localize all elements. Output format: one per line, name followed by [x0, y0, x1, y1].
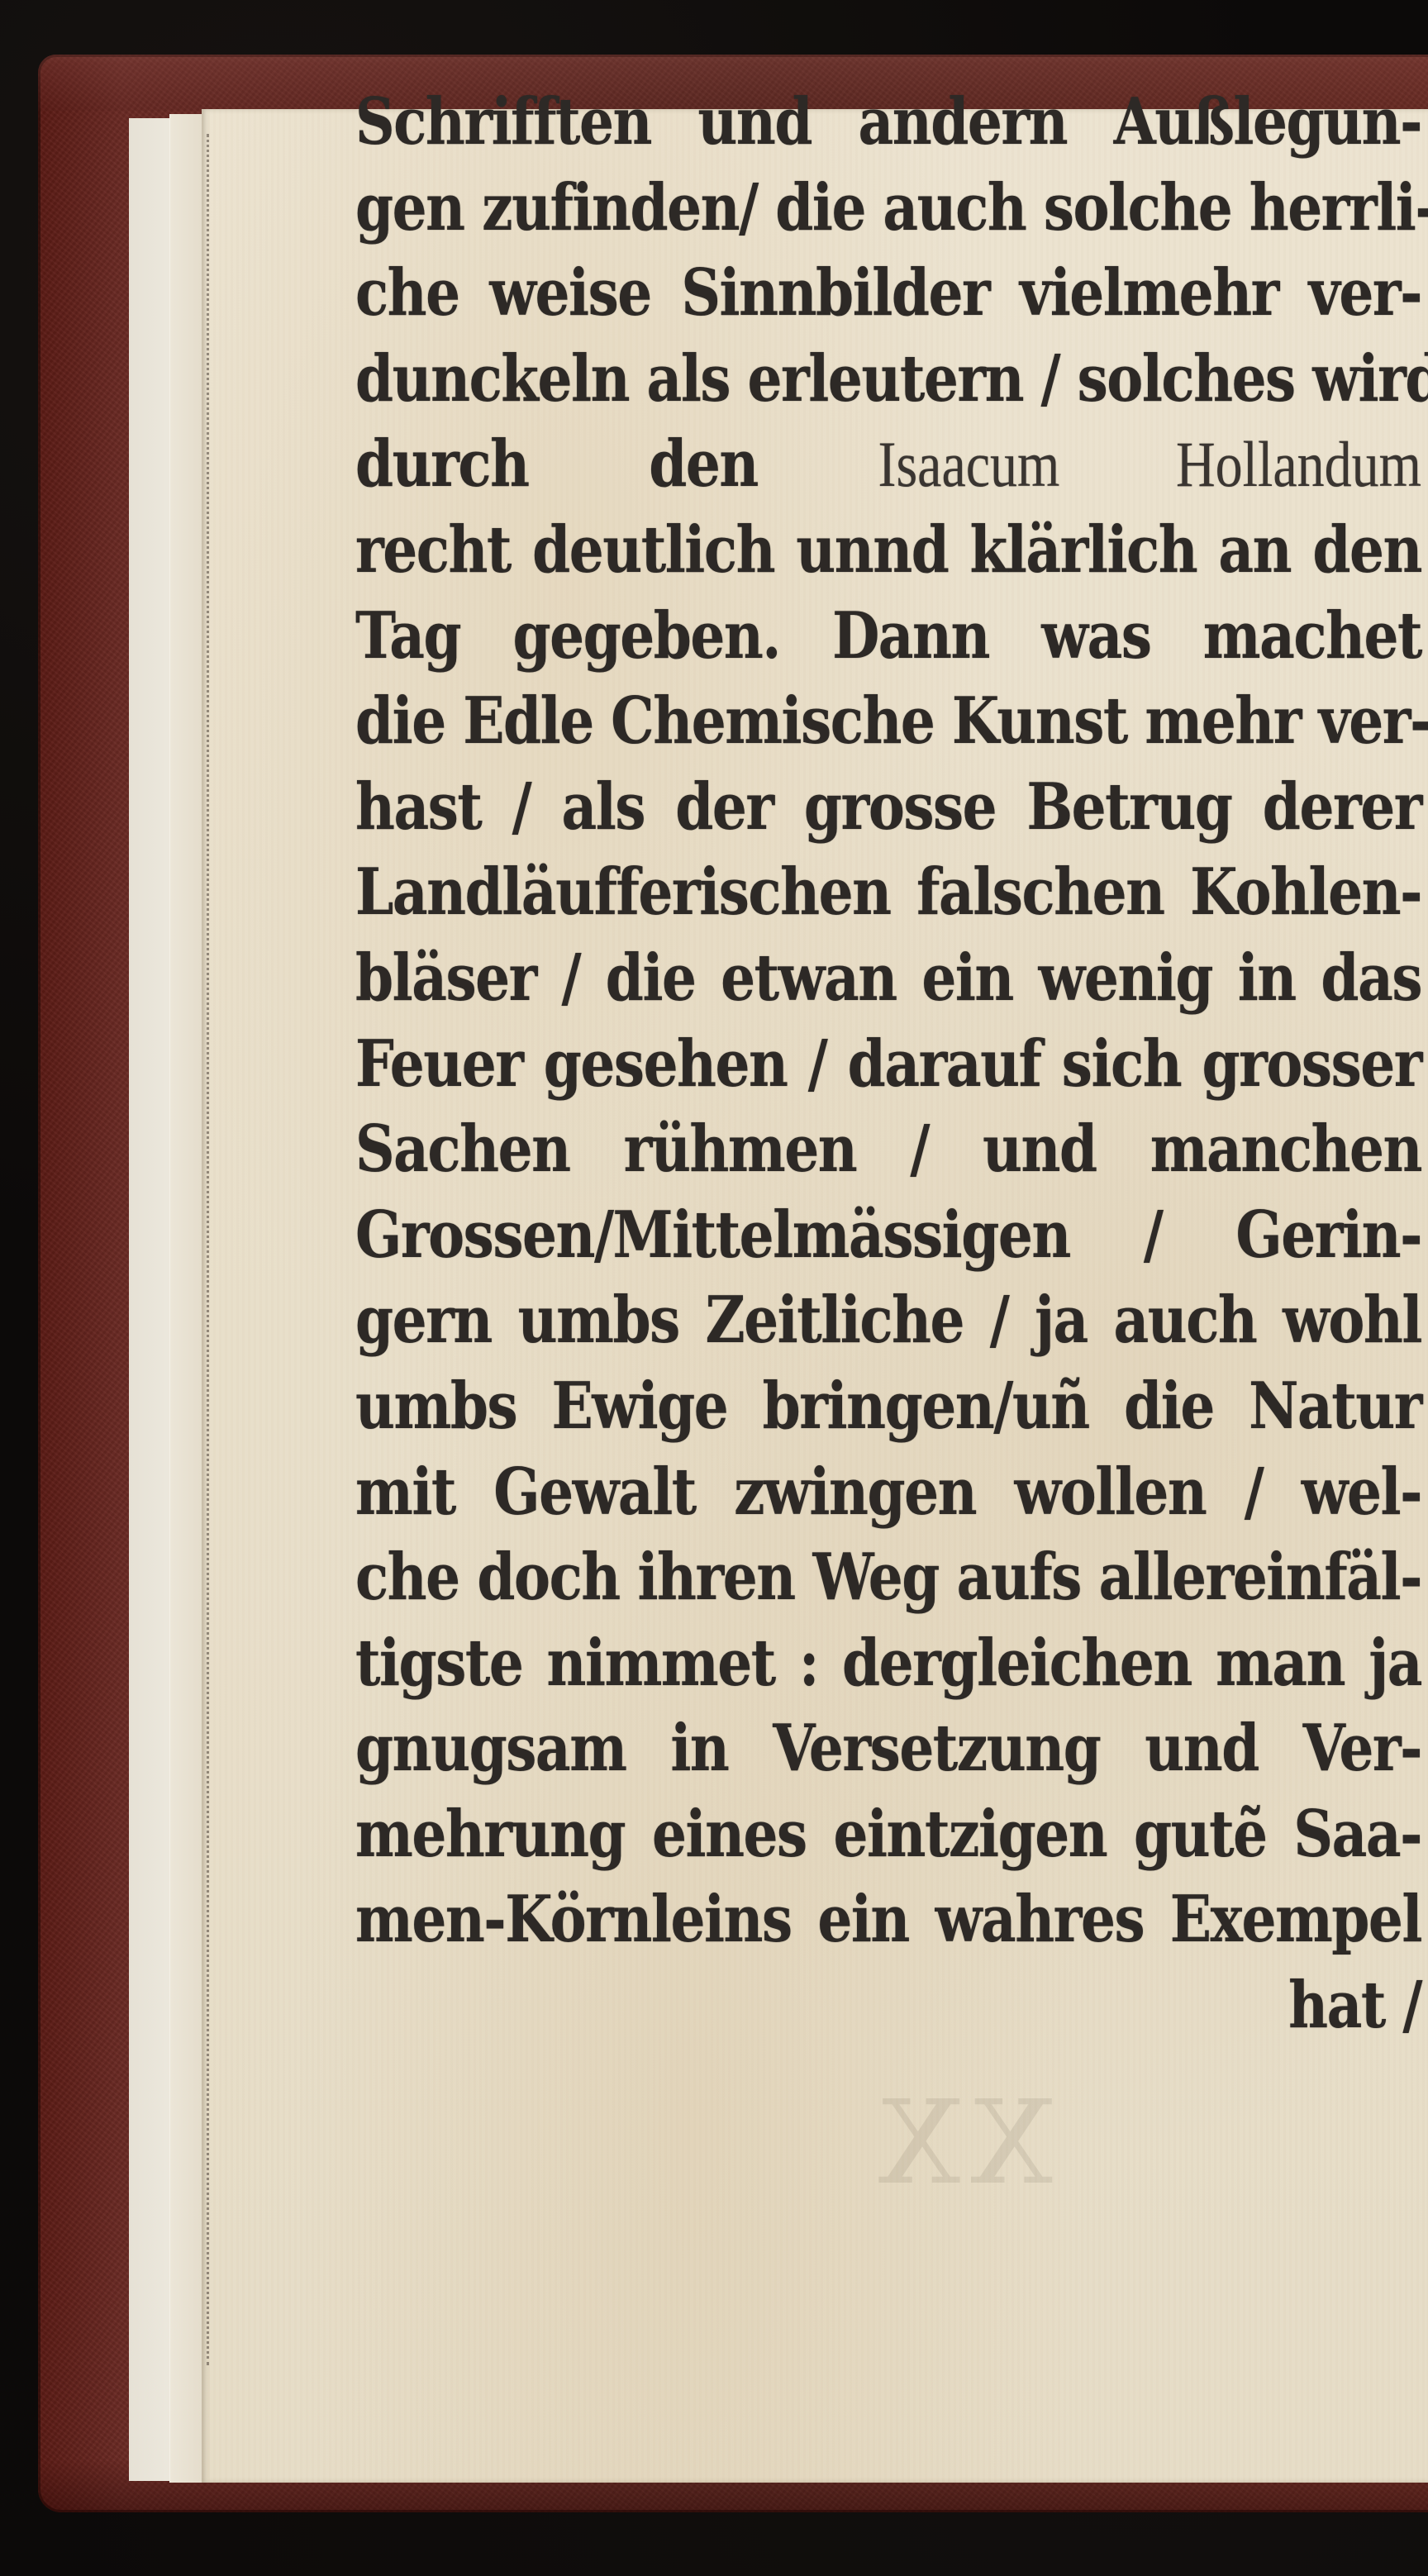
page-stack-inner-edge: [169, 114, 204, 2483]
reverse-side-show-through: XX: [557, 2076, 1053, 2291]
text-line-5-roman-name: Isaacum Hollandum: [878, 430, 1421, 501]
text-block: Schrifften und andern Außlegun- gen zufi…: [355, 79, 1421, 2049]
book-page: XX Schrifften und andern Außlegun- gen z…: [202, 109, 1428, 2483]
text-line-5-fraktur: durch den: [355, 426, 758, 502]
gutter-dotted-line: [207, 134, 209, 2365]
catchword: hat /: [355, 1955, 1421, 2056]
